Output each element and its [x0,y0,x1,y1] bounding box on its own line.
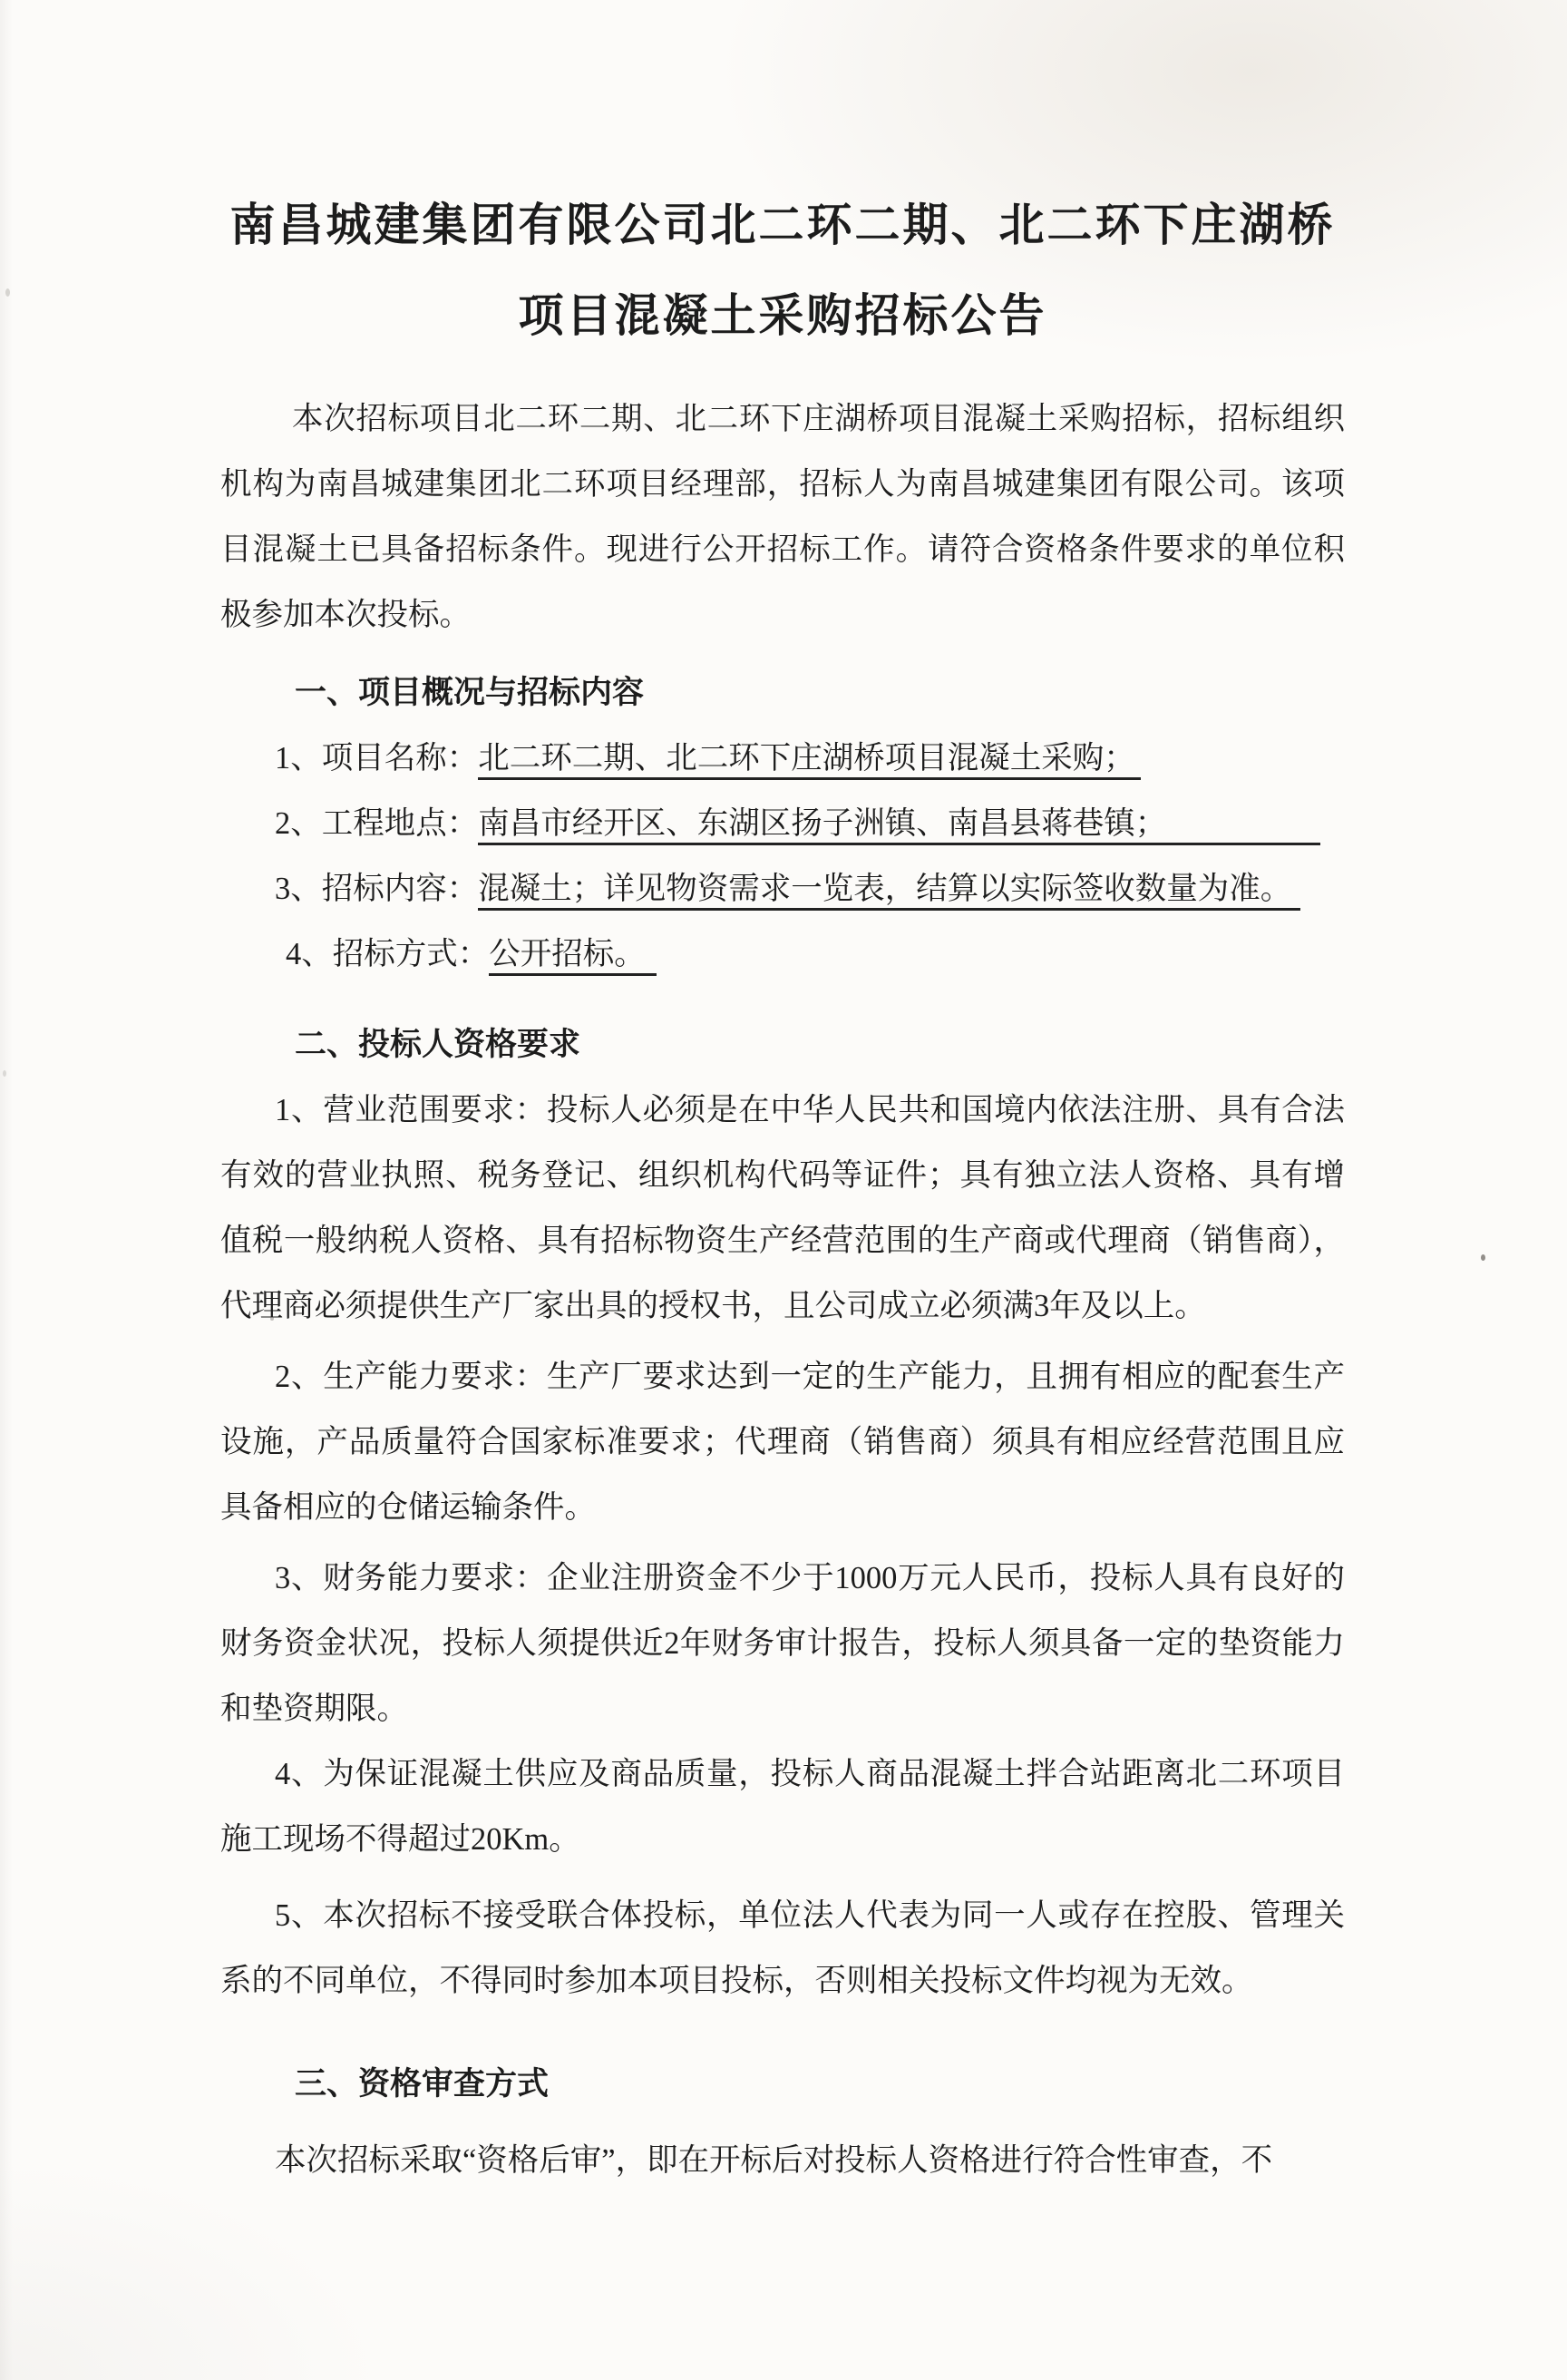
scan-speck [5,288,10,297]
title-line-2: 项目混凝土采购招标公告 [220,270,1345,361]
qualification-paragraph-4: 4、为保证混凝土供应及商品质量，投标人商品混凝土拌合站距离北二环项目施工现场不得… [220,1741,1345,1872]
scan-speck [3,1070,6,1077]
scan-speck [270,1317,274,1321]
qualification-paragraph-2: 2、生产能力要求：生产厂要求达到一定的生产能力，且拥有相应的配套生产设施，产品质… [220,1344,1345,1540]
list-item-tender-method: 4、招标方式：公开招标。 [220,922,1345,987]
item-label: 4、招标方式： [286,937,489,971]
list-item-tender-content: 3、招标内容：混凝土；详见物资需求一览表，结算以实际签收数量为准。 [220,856,1345,922]
title-line-1: 南昌城建集团有限公司北二环二期、北二环下庄湖桥 [220,180,1345,270]
section-1-heading: 一、项目概况与招标内容 [220,660,1345,726]
item-value-underlined: 南昌市经开区、东湖区扬子洲镇、南昌县蒋巷镇； [478,806,1320,845]
section-2-heading: 二、投标人资格要求 [220,1012,1345,1078]
item-label: 1、项目名称： [275,741,478,775]
item-label: 3、招标内容： [275,872,478,906]
scanned-document-page: 南昌城建集团有限公司北二环二期、北二环下庄湖桥 项目混凝土采购招标公告 本次招标… [0,0,1567,2380]
item-value-underlined: 混凝土；详见物资需求一览表，结算以实际签收数量为准。 [478,872,1300,911]
document-content: 南昌城建集团有限公司北二环二期、北二环下庄湖桥 项目混凝土采购招标公告 本次招标… [220,0,1345,2193]
item-value-underlined: 北二环二期、北二环下庄湖桥项目混凝土采购； [478,741,1141,780]
document-title: 南昌城建集团有限公司北二环二期、北二环下庄湖桥 项目混凝土采购招标公告 [220,180,1345,361]
item-value-underlined: 公开招标。 [489,937,657,976]
scan-speck [1481,1254,1485,1261]
section-3-heading: 三、资格审查方式 [220,2052,1345,2117]
review-method-paragraph: 本次招标采取“资格后审”，即在开标后对投标人资格进行符合性审查，不 [220,2128,1345,2193]
item-label: 2、工程地点： [275,806,478,841]
intro-paragraph: 本次招标项目北二环二期、北二环下庄湖桥项目混凝土采购招标，招标组织机构为南昌城建… [220,386,1345,648]
qualification-paragraph-5: 5、本次招标不接受联合体投标，单位法人代表为同一人或存在控股、管理关系的不同单位… [220,1883,1345,2014]
list-item-project-name: 1、项目名称：北二环二期、北二环下庄湖桥项目混凝土采购； [220,726,1345,791]
qualification-paragraph-3: 3、财务能力要求：企业注册资金不少于1000万元人民币，投标人具有良好的财务资金… [220,1546,1345,1741]
qualification-paragraph-1: 1、营业范围要求：投标人必须是在中华人民共和国境内依法注册、具有合法有效的营业执… [220,1078,1345,1339]
list-item-project-location: 2、工程地点：南昌市经开区、东湖区扬子洲镇、南昌县蒋巷镇； [220,791,1345,856]
